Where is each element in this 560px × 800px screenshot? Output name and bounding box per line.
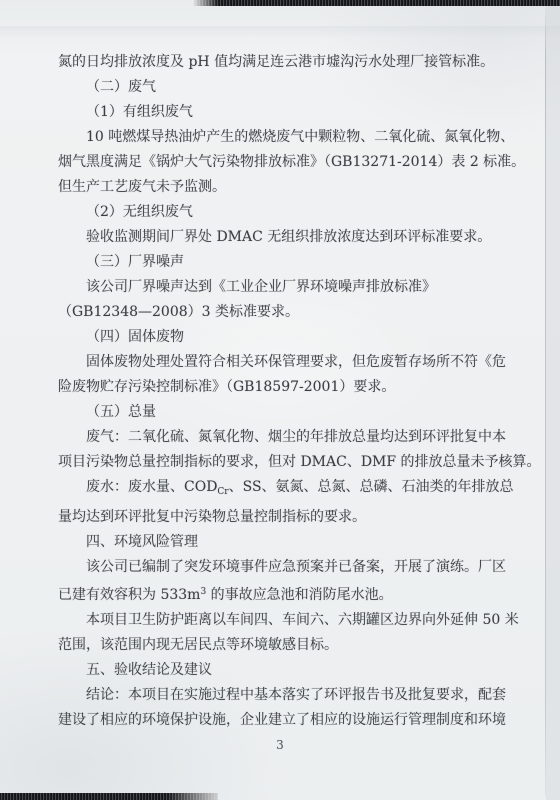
subscript-cr: Cr: [217, 487, 228, 497]
scanner-right-margin: [546, 6, 560, 800]
text-line: 10 吨燃煤导热油炉产生的燃烧废气中颗粒物、二氧化硫、氮氧化物、: [58, 125, 518, 150]
subsection-heading: （1）有组织废气: [58, 100, 518, 125]
section-heading: （二）废气: [58, 75, 518, 100]
section-heading: （五）总量: [58, 400, 518, 425]
text-line: （GB12348—2008）3 类标准要求。: [58, 300, 518, 325]
text-segment: 废水：废水量、COD: [86, 479, 217, 495]
section-heading: （三）厂界噪声: [58, 250, 518, 275]
text-line: 本项目卫生防护距离以车间四、车间六、六期罐区边界向外延伸 50 米: [58, 608, 518, 633]
scanned-page: 氮的日均排放浓度及 pH 值均满足连云港市墟沟污水处理厂接管标准。 （二）废气 …: [0, 0, 560, 800]
text-line: 但生产工艺废气未予监测。: [58, 175, 518, 200]
text-line: 废气：二氧化硫、氮氧化物、烟尘的年排放总量均达到环评批复中本: [58, 425, 518, 450]
text-segment: 的事故应急池和消防尾水池。: [206, 587, 392, 603]
text-line: 固体废物处理处置符合相关环保管理要求，但危废暂存场所不符《危: [58, 350, 518, 375]
scan-edge-bottom-band: [0, 793, 218, 800]
text-line: 氮的日均排放浓度及 pH 值均满足连云港市墟沟污水处理厂接管标准。: [58, 50, 518, 75]
text-line: 险废物贮存污染控制标准》（GB18597-2001）要求。: [58, 375, 518, 400]
subsection-heading: （2）无组织废气: [58, 200, 518, 225]
scan-streak: [0, 26, 560, 38]
page-number: 3: [0, 738, 560, 752]
text-line: 废水：废水量、CODCr、SS、氨氮、总氮、总磷、石油类的年排放总: [58, 475, 518, 505]
text-line: 量均达到环评批复中污染物总量控制指标的要求。: [58, 505, 518, 530]
text-line: 验收监测期间厂界处 DMAC 无组织排放浓度达到环评标准要求。: [58, 225, 518, 250]
text-line: 建设了相应的环境保护设施，企业建立了相应的设施运行管理制度和环境: [58, 708, 518, 733]
text-line: 已建有效容积为 533m3 的事故应急池和消防尾水池。: [58, 580, 518, 608]
text-line: 该公司已编制了突发环境事件应急预案并已备案，开展了演练。厂区: [58, 555, 518, 580]
text-line: 范围，该范围内现无居民点等环境敏感目标。: [58, 633, 518, 658]
text-line: 项目污染物总量控制指标的要求，但对 DMAC、DMF 的排放总量未予核算。: [58, 450, 518, 475]
text-line: 结论：本项目在实施过程中基本落实了环评报告书及批复要求，配套: [58, 683, 518, 708]
chapter-heading: 五、验收结论及建议: [58, 658, 518, 683]
section-heading: （四）固体废物: [58, 325, 518, 350]
chapter-heading: 四、环境风险管理: [58, 530, 518, 555]
document-body: 氮的日均排放浓度及 pH 值均满足连云港市墟沟污水处理厂接管标准。 （二）废气 …: [58, 50, 518, 733]
text-line: 该公司厂界噪声达到《工业企业厂界环境噪声排放标准》: [58, 275, 518, 300]
scan-edge-top-band: [192, 0, 560, 6]
text-segment: 已建有效容积为 533m: [58, 587, 200, 603]
text-segment: 、SS、氨氮、总氮、总磷、石油类的年排放总: [229, 479, 514, 495]
text-line: 烟气黑度满足《锅炉大气污染物排放标准》（GB13271-2014）表 2 标准。: [58, 150, 518, 175]
